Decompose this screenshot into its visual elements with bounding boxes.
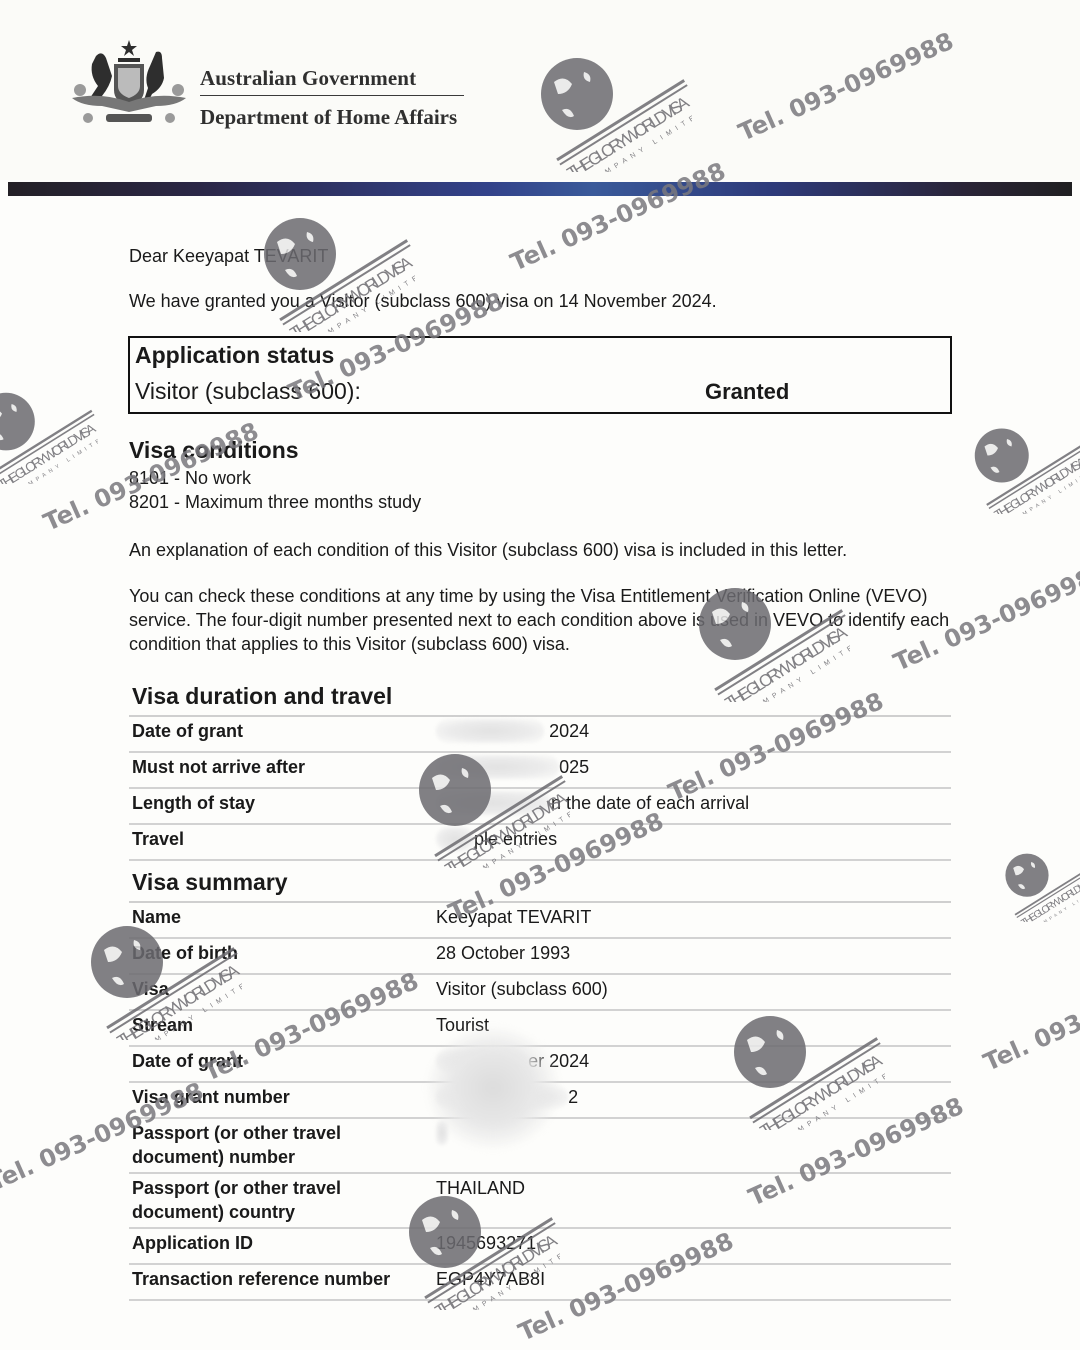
redacted-text: A	[436, 1121, 448, 1145]
svg-text:COMPANY LIMITED: COMPANY LIMITED	[1032, 882, 1080, 922]
globe-icon: THE GLORY WORLD VISACOMPANY LIMITED	[968, 424, 1080, 514]
svg-text:COMPANY LIMITED: COMPANY LIMITED	[14, 432, 98, 484]
condition-item: 8201 - Maximum three months study	[129, 490, 421, 514]
table-row: Transaction reference numberEGP4Y7AB8I	[129, 1265, 951, 1301]
row-value: THAILAND	[436, 1176, 951, 1224]
grant-statement: We have granted you a Visitor (subclass …	[129, 289, 717, 313]
row-value: 14 November 2025	[436, 755, 951, 784]
visa-conditions-list: 8101 - No work 8201 - Maximum three mont…	[129, 466, 421, 514]
row-label: Date of grant	[129, 1049, 436, 1078]
row-label: Length of stay	[129, 791, 436, 820]
globe-icon: THE GLORY WORLD VISACOMPANY LIMITED	[1000, 850, 1080, 922]
row-label: Passport (or other travel document) numb…	[129, 1121, 436, 1169]
row-value: Multiple entries	[436, 827, 951, 856]
globe-icon: THE GLORY WORLD VISACOMPANY LIMITED	[255, 212, 415, 332]
table-row: Date of grant14 November 2024	[129, 1047, 951, 1083]
row-label: Stream	[129, 1013, 436, 1042]
table-row: StreamTourist	[129, 1011, 951, 1047]
svg-text:THE GLORY WORLD VISA: THE GLORY WORLD VISA	[1020, 875, 1080, 922]
title-divider	[200, 95, 464, 96]
table-row: Passport (or other travel document) coun…	[129, 1174, 951, 1229]
table-row: Date of grant14 November 2024	[129, 717, 951, 753]
row-value: Visitor (subclass 600)	[436, 977, 951, 1006]
redacted-text: 14 Novemb	[436, 1049, 528, 1073]
vevo-note: You can check these conditions at any ti…	[129, 584, 959, 656]
government-name: Australian Government	[200, 64, 464, 92]
row-value: 14 November 2024	[436, 1049, 951, 1078]
table-row: Application ID1945693271	[129, 1229, 951, 1265]
row-label: Application ID	[129, 1231, 436, 1260]
coat-of-arms-icon	[66, 38, 192, 132]
globe-icon: THE GLORY WORLD VISACOMPANY LIMITED	[0, 388, 98, 484]
redacted-text: 3 months from	[436, 791, 551, 815]
application-status-value: Granted	[705, 379, 789, 405]
row-label: Date of birth	[129, 941, 436, 970]
table-row: Date of birth28 October 1993	[129, 939, 951, 975]
table-row: Visa grant numberXXXXXXXXXXX2	[129, 1083, 951, 1119]
visa-duration-section: Visa duration and travel Date of grant14…	[129, 681, 951, 861]
redacted-text: 14 November	[436, 719, 544, 743]
visa-summary-section: Visa summary NameKeeyapat TEVARITDate of…	[129, 867, 951, 1301]
row-label: Visa grant number	[129, 1085, 436, 1114]
application-status-box: Application status Visitor (subclass 600…	[128, 336, 952, 414]
government-title-block: Australian Government Department of Home…	[200, 64, 464, 131]
application-status-title: Application status	[135, 342, 334, 369]
table-row: Length of stay3 months fromn the date of…	[129, 789, 951, 825]
visa-duration-title: Visa duration and travel	[129, 681, 951, 715]
conditions-explanation: An explanation of each condition of this…	[129, 538, 949, 562]
row-label: Date of grant	[129, 719, 436, 748]
row-value: 3 months fromn the date of each arrival	[436, 791, 951, 820]
row-value: A	[436, 1121, 951, 1169]
row-label: Name	[129, 905, 436, 934]
row-label: Transaction reference number	[129, 1267, 436, 1296]
row-value: Tourist	[436, 1013, 951, 1042]
greeting: Dear Keeyapat TEVARIT	[129, 244, 328, 268]
watermark-phone: Tel. 093-0969988	[979, 957, 1080, 1077]
svg-text:THE GLORY WORLD VISA: THE GLORY WORLD VISA	[0, 420, 98, 484]
row-label: Must not arrive after	[129, 755, 436, 784]
table-row: Must not arrive after14 November 2025	[129, 753, 951, 789]
table-row: NameKeeyapat TEVARIT	[129, 903, 951, 939]
svg-text:COMPANY LIMITED: COMPANY LIMITED	[1009, 465, 1080, 514]
redacted-text: XXXXXXXXXXX	[436, 1085, 568, 1109]
row-label: Visa	[129, 977, 436, 1006]
table-row: VisaVisitor (subclass 600)	[129, 975, 951, 1011]
department-name: Department of Home Affairs	[200, 103, 464, 131]
row-label: Passport (or other travel document) coun…	[129, 1176, 436, 1224]
row-value: 1945693271	[436, 1231, 951, 1260]
row-value: XXXXXXXXXXX2	[436, 1085, 951, 1114]
row-value: EGP4Y7AB8I	[436, 1267, 951, 1296]
table-row: Passport (or other travel document) numb…	[129, 1119, 951, 1174]
application-status-label: Visitor (subclass 600):	[135, 378, 361, 405]
table-row: TravelMultiple entries	[129, 825, 951, 861]
visa-conditions-title: Visa conditions	[129, 437, 299, 464]
visa-summary-title: Visa summary	[129, 867, 951, 901]
redacted-text: 14 November 2	[436, 755, 559, 779]
visa-duration-table: Date of grant14 November 2024Must not ar…	[129, 715, 951, 861]
row-value: 28 October 1993	[436, 941, 951, 970]
svg-text:THE GLORY WORLD VISA: THE GLORY WORLD VISA	[991, 454, 1080, 514]
condition-item: 8101 - No work	[129, 466, 421, 490]
row-label: Travel	[129, 827, 436, 856]
row-value: 14 November 2024	[436, 719, 951, 748]
header-band	[8, 182, 1072, 196]
visa-summary-table: NameKeeyapat TEVARITDate of birth28 Octo…	[129, 901, 951, 1301]
redacted-text: Multi	[436, 827, 474, 851]
row-value: Keeyapat TEVARIT	[436, 905, 951, 934]
